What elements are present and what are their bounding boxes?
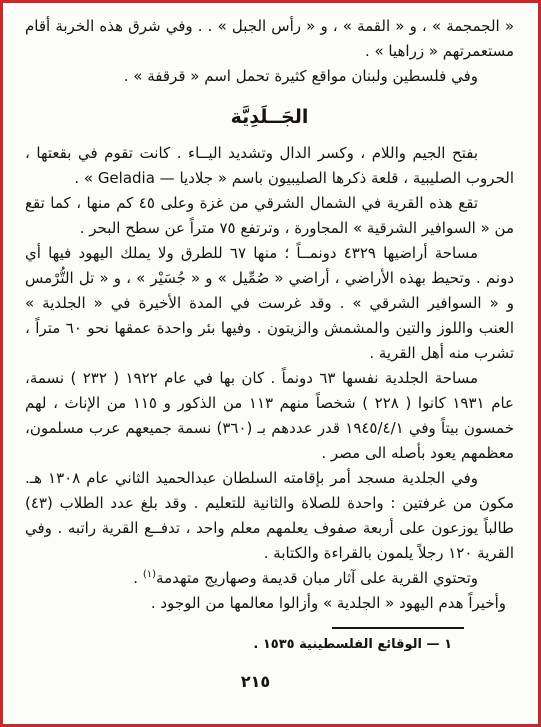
book-page: « الجمجمة » ، و « القمة » ، و « رأس الجب…	[0, 0, 541, 727]
text-segment: .	[133, 569, 143, 587]
text-line: وأخيراً هدم اليهود « الجلدية » وأزالوا م…	[25, 591, 514, 616]
village-heading: الجَــلَدِيَّة	[25, 103, 514, 131]
text-line: بفتح الجيم واللام ، وكسر الدال وتشديد ال…	[25, 141, 514, 166]
text-line: تقع هذه القرية في الشمال الشرقي من غزة و…	[25, 191, 514, 216]
text-line: مكون من غرفتين : واحدة للصلاة والثانية ل…	[25, 491, 514, 516]
text-line: « الجمجمة » ، و « القمة » ، و « رأس الجب…	[25, 14, 514, 39]
text-line: الحروب الصليبية ، قلعة ذكرها الصليبيون ب…	[25, 166, 514, 191]
text-line: من « السوافير الشرقية » المجاورة ، وترتف…	[25, 216, 514, 241]
text-line: عام ١٩٣١ كانوا ( ٢٢٨ ) شخصاً منهم ١١٣ من…	[25, 391, 514, 416]
text-line: خمسون بيتاً وفي ١٩٤٥/٤/١ قدر عددهم بـ (٣…	[25, 416, 514, 441]
text-line: وفي فلسطين ولبنان مواقع كثيرة تحمل اسم «…	[25, 64, 514, 89]
page-number: ٢١٥	[11, 672, 500, 691]
text-line: وتحتوي القرية على آثار مبان قديمة وصهاري…	[25, 566, 514, 591]
text-line: مساحة الجلدية نفسها ٦٣ دونماً . كان بها …	[25, 366, 514, 391]
text-line: تشرب منه أهل القرية .	[25, 341, 514, 366]
footnote-marker: (١)	[143, 569, 156, 580]
text-line: العنب واللوز والتين والمشمش والزيتون . و…	[25, 316, 514, 341]
text-line: مستعمرتهم « زراهيا » .	[25, 39, 514, 64]
text-segment: وتحتوي القرية على آثار مبان قديمة وصهاري…	[156, 569, 478, 587]
text-line: و « السوافير الشرقي » . وقد غرست في المد…	[25, 291, 514, 316]
footnote: ١ — الوقائع الفلسطينية ١٥٣٥ .	[25, 634, 514, 656]
text-line: معظمهم يعود بأصله الى مصر .	[25, 441, 514, 466]
footnote-separator	[332, 627, 464, 629]
text-line: مساحة أراضيها ٤٣٢٩ دونمــاً ؛ منها ٦٧ لل…	[25, 241, 514, 266]
text-line: وفي الجلدية مسجد أمر بإقامته السلطان عبد…	[25, 466, 514, 491]
text-line: القرية ١٢٠ رجلاً يلمون بالقراءة والكتابة…	[25, 541, 514, 566]
text-line: طالباً يوزعون على أربعة صفوف يعلمهم معلم…	[25, 516, 514, 541]
text-line: دونم . وتحيط بهذه الأراضي ، أراضي « صُمِ…	[25, 266, 514, 291]
